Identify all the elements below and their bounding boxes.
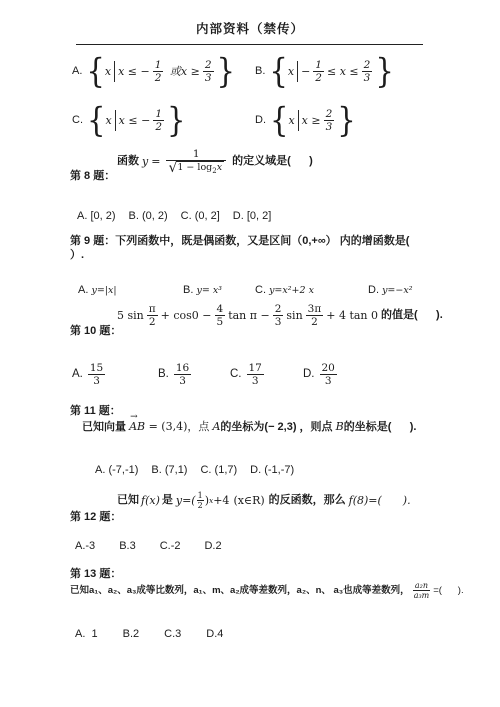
fraction: 3π2 bbox=[306, 303, 324, 328]
q7-option-d: D. { x x ≥ 23 } bbox=[255, 106, 356, 135]
q8-option-b: B. (0, 2) bbox=[129, 210, 168, 224]
q10-option-c: C.173 bbox=[230, 362, 267, 387]
set-divider-bar bbox=[115, 110, 116, 131]
q8-option-d: D. [0, 2] bbox=[233, 210, 272, 224]
q13-question-body: 已知a₁、a₂、a₃成等比数列，a₁、m、a₂成等差数列，a₂、n、 a₃也成等… bbox=[70, 581, 464, 600]
q11-option-b: B. (7,1) bbox=[151, 464, 187, 478]
fraction-numerator: 1 bbox=[153, 59, 164, 71]
option-label: D. bbox=[255, 114, 266, 128]
fraction-denominator: 3 bbox=[177, 375, 188, 387]
fraction: 163 bbox=[174, 362, 191, 387]
condition-text: x ≥ bbox=[302, 114, 321, 128]
q8-number-label: 第 8 题： bbox=[70, 170, 115, 184]
q12-text-shi: 是 bbox=[162, 494, 173, 508]
q9-option-d: D. y=−x² bbox=[368, 284, 413, 298]
set-variable: x bbox=[288, 65, 294, 79]
right-brace: } bbox=[375, 55, 393, 88]
fraction-numerator: 2 bbox=[324, 108, 335, 120]
option-formula: y=x²+2 x bbox=[269, 285, 314, 296]
q11-number-label: 第 11 题： bbox=[70, 405, 121, 419]
fraction: 203 bbox=[320, 362, 337, 387]
fraction: 23 bbox=[324, 108, 335, 133]
q8-option-a: A. [0, 2) bbox=[77, 210, 116, 224]
q11-option-d: D. (-1,-7) bbox=[250, 464, 294, 478]
q10-option-a: A.153 bbox=[72, 362, 108, 387]
fraction: 12 bbox=[153, 59, 164, 84]
left-brace: { bbox=[270, 104, 288, 137]
set-divider-bar bbox=[114, 61, 115, 82]
option-label: D. bbox=[368, 284, 379, 296]
condition-text: x ≤ − bbox=[118, 65, 150, 79]
q11-option-c: C. (1,7) bbox=[200, 464, 237, 478]
q9-option-a: A. y=|x| bbox=[78, 284, 117, 298]
q10-term: + 4 tan 0 bbox=[326, 309, 378, 323]
left-brace: { bbox=[86, 55, 104, 88]
option-formula: y= x³ bbox=[196, 285, 222, 296]
q13-options-row: A. 1 B.2 C.3 D.4 bbox=[75, 628, 223, 642]
q12-options-row: A.-3 B.3 C.-2 D.2 bbox=[75, 540, 222, 554]
fraction-numerator: 20 bbox=[320, 362, 337, 374]
fraction-denominator: √1 − log2x bbox=[166, 161, 226, 175]
log-argument: x bbox=[217, 162, 222, 173]
fraction: 12 bbox=[197, 491, 204, 510]
left-brace: { bbox=[269, 55, 287, 88]
q12-formula: 已知 f(x) 是 y=( 12 )x+4 (x∈R) 的反函数，那么 f(8)… bbox=[117, 491, 411, 510]
fraction-denominator: 2 bbox=[309, 316, 320, 328]
fraction-numerator: 16 bbox=[174, 362, 191, 374]
q12-option-b: B.3 bbox=[119, 540, 136, 554]
fraction: a₂na₃m bbox=[413, 581, 431, 600]
q13-number-label: 第 13 题： bbox=[70, 568, 121, 582]
set-divider-bar bbox=[298, 110, 299, 131]
exam-document-page: 内部资料（禁传） A. { x x ≤ − 12 或x ≥ 23 } B. { … bbox=[0, 0, 500, 707]
fraction-denominator: 3 bbox=[362, 72, 373, 84]
q12-text-post: 的反函数，那么 bbox=[269, 494, 346, 508]
vector-arrow-icon: → bbox=[130, 412, 138, 423]
q9-number-label: 第 9 题： bbox=[70, 235, 115, 247]
left-brace: { bbox=[87, 104, 105, 137]
fraction-numerator: 2 bbox=[273, 303, 284, 315]
q13-option-a: A. 1 bbox=[75, 628, 98, 642]
fraction-numerator: π bbox=[147, 303, 158, 315]
fraction-denominator: 2 bbox=[147, 316, 158, 328]
condition-text: x ≤ − bbox=[119, 114, 151, 128]
q10-term: + cos0 − bbox=[161, 309, 212, 323]
fraction-denominator: 2 bbox=[153, 121, 164, 133]
equals-sign: = bbox=[151, 155, 160, 169]
fraction-denominator: 3 bbox=[323, 375, 334, 387]
q11-coords: = (3,4)，点 bbox=[145, 420, 209, 433]
q7-option-a: A. { x x ≤ − 12 或x ≥ 23 } bbox=[72, 57, 235, 86]
fraction: 12 bbox=[313, 59, 324, 84]
q8-options-row: A. [0, 2) B. (0, 2) C. (0, 2] D. [0, 2] bbox=[77, 210, 271, 224]
function-fx: f(x) bbox=[141, 494, 160, 508]
option-label: C. bbox=[255, 284, 266, 296]
fraction: π2 bbox=[147, 303, 158, 328]
fraction-numerator: 17 bbox=[247, 362, 264, 374]
fraction-numerator: 2 bbox=[362, 59, 373, 71]
q13-option-c: C.3 bbox=[164, 628, 181, 642]
fraction-denominator: 3 bbox=[273, 316, 284, 328]
fraction: 1 √1 − log2x bbox=[166, 148, 226, 175]
q12-y-equals: y=( bbox=[176, 494, 196, 508]
q10-text-post: 的值是( ). bbox=[381, 309, 443, 323]
domain-note: (x∈R) bbox=[233, 494, 264, 508]
fraction: 23 bbox=[273, 303, 284, 328]
q9-text: 下列函数中，既是偶函数，又是区间（0,+∞） 内的增函数是( bbox=[115, 235, 409, 247]
q8-option-c: C. (0, 2] bbox=[181, 210, 220, 224]
q13-text: 已知a₁、a₂、a₃成等比数列，a₁、m、a₂成等差数列，a₂、n、 a₃也成等… bbox=[70, 585, 410, 597]
q7-option-c: C. { x x ≤ − 12 } bbox=[72, 106, 185, 135]
right-brace: } bbox=[167, 104, 185, 137]
fraction-denominator: 2 bbox=[313, 72, 324, 84]
q12-text-pre: 已知 bbox=[117, 494, 139, 508]
fraction-numerator: 1 bbox=[153, 108, 164, 120]
fraction-denominator: 2 bbox=[197, 501, 204, 510]
square-root: √1 − log2x bbox=[168, 161, 224, 175]
q9-option-b: B. y= x³ bbox=[183, 284, 222, 298]
q10-option-d: D.203 bbox=[303, 362, 340, 387]
plus-four: +4 bbox=[213, 494, 229, 508]
q11-options-row: A. (-7,-1) B. (7,1) C. (1,7) D. (-1,-7) bbox=[95, 464, 294, 478]
option-formula: y=|x| bbox=[91, 285, 116, 296]
set-variable: x bbox=[288, 114, 294, 128]
fraction-denominator: 5 bbox=[215, 316, 226, 328]
condition-text: − bbox=[301, 65, 310, 79]
set-variable: x bbox=[105, 65, 111, 79]
fraction-numerator: a₂n bbox=[414, 581, 429, 590]
q12-f8-blank: f(8)=( ). bbox=[349, 494, 411, 508]
q8-formula: 函数 y = 1 √1 − log2x 的定义域是( ) bbox=[117, 148, 313, 175]
q12-number-label: 第 12 题： bbox=[70, 511, 121, 525]
fraction: 45 bbox=[215, 303, 226, 328]
set-variable: x bbox=[105, 114, 111, 128]
math-var-y: y bbox=[142, 155, 148, 169]
fraction: 153 bbox=[88, 362, 105, 387]
q10-formula: 5 sin π2 + cos0 − 45 tan π − 23 sin 3π2 … bbox=[117, 303, 443, 328]
condition-text: ≤ x ≤ bbox=[327, 65, 359, 79]
fraction-denominator: 3 bbox=[91, 375, 102, 387]
radicand: 1 − log2x bbox=[176, 161, 224, 175]
q10-term: 5 sin bbox=[117, 309, 144, 323]
q11-option-a: A. (-7,-1) bbox=[95, 464, 138, 478]
fraction-denominator: 2 bbox=[153, 72, 164, 84]
q12-option-c: C.-2 bbox=[160, 540, 181, 554]
q10-term: sin bbox=[286, 309, 302, 323]
q13-option-b: B.2 bbox=[123, 628, 140, 642]
q8-text-post: 的定义域是( ) bbox=[232, 155, 313, 169]
option-label: B. bbox=[255, 65, 265, 79]
fraction: 23 bbox=[203, 59, 214, 84]
fraction-numerator: 15 bbox=[88, 362, 105, 374]
option-label: C. bbox=[230, 367, 242, 381]
option-label: A. bbox=[78, 284, 88, 296]
q12-option-a: A.-3 bbox=[75, 540, 95, 554]
fraction-denominator: 3 bbox=[324, 121, 335, 133]
fraction-numerator: 2 bbox=[203, 59, 214, 71]
fraction-numerator: 3π bbox=[306, 303, 324, 315]
q9-question-line2: ）. bbox=[70, 249, 84, 263]
option-label: C. bbox=[72, 114, 83, 128]
q9-option-c: C. y=x²+2 x bbox=[255, 284, 314, 298]
option-label: B. bbox=[183, 284, 193, 296]
q7-option-b: B. { x − 12 ≤ x ≤ 23 } bbox=[255, 57, 394, 86]
fraction-numerator: 1 bbox=[191, 148, 202, 160]
q11-text-mid: 的坐标为(− 2,3) ，则点 bbox=[220, 421, 332, 433]
fraction: 12 bbox=[153, 108, 164, 133]
fraction-numerator: 1 bbox=[197, 491, 204, 500]
fraction-denominator: a₃m bbox=[413, 591, 431, 600]
point-B: B bbox=[336, 420, 344, 433]
fraction-denominator: 3 bbox=[203, 72, 214, 84]
set-divider-bar bbox=[297, 61, 298, 82]
q10-number-label: 第 10 题： bbox=[70, 325, 121, 339]
fraction-numerator: 4 bbox=[215, 303, 226, 315]
q10-term: tan π − bbox=[228, 309, 270, 323]
fraction: 23 bbox=[362, 59, 373, 84]
option-label: A. bbox=[72, 65, 82, 79]
q11-text-post: 的坐标是( ). bbox=[344, 421, 417, 433]
right-brace: } bbox=[337, 104, 355, 137]
condition-text: 或x ≥ bbox=[166, 65, 199, 79]
q10-option-b: B.163 bbox=[158, 362, 194, 387]
q8-text-pre: 函数 bbox=[117, 155, 139, 169]
page-title: 内部资料（禁传） bbox=[0, 22, 500, 38]
right-brace: } bbox=[217, 55, 235, 88]
fraction-numerator: 1 bbox=[313, 59, 324, 71]
option-label: B. bbox=[158, 367, 169, 381]
q9-question-line1: 第 9 题：下列函数中，既是偶函数，又是区间（0,+∞） 内的增函数是( bbox=[70, 235, 409, 249]
vector-AB: AB→ bbox=[129, 420, 145, 434]
q11-question-body: 已知向量 AB→ = (3,4)，点 A的坐标为(− 2,3) ，则点 B的坐标… bbox=[82, 420, 416, 435]
q12-option-d: D.2 bbox=[204, 540, 221, 554]
option-label: A. bbox=[72, 367, 83, 381]
header-divider bbox=[76, 44, 423, 45]
option-label: D. bbox=[303, 367, 315, 381]
q13-blank: =( ). bbox=[433, 585, 463, 597]
fraction-denominator: 3 bbox=[250, 375, 261, 387]
option-formula: y=−x² bbox=[382, 285, 412, 296]
q11-text-pre: 已知向量 bbox=[82, 421, 126, 433]
fraction: 173 bbox=[247, 362, 264, 387]
q13-option-d: D.4 bbox=[206, 628, 223, 642]
radicand-text: 1 − log bbox=[177, 162, 212, 173]
